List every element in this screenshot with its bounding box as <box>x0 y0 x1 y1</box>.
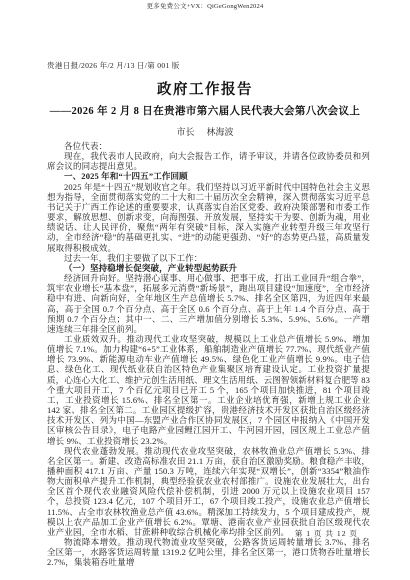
paragraph-overview: 2025 年是“十四五”规划收官之年。我们坚持以习近平新时代中国特色社会主义思想… <box>47 182 370 253</box>
document-body: 各位代表： 现在，我代表市人民政府，向大会报告工作，请予审议，并请各位政协委员和… <box>47 141 370 568</box>
paragraph-logistics: 物流降本增效。推动现代物流业攻坚突破，公路客货运周转量增长 3.7%、排名全区第… <box>47 537 370 567</box>
page-number: 第 1 页 共 12 页 <box>295 528 358 539</box>
paragraph-industry: 工业质效双升。推动现代工业攻坚突破，规模以上工业总产值增长 5.9%、增加值增长… <box>47 334 370 446</box>
document-title: 政府工作报告 <box>0 78 410 99</box>
paragraph-lead-in: 过去一年，我们主要做了以下工作： <box>47 253 370 263</box>
document-subtitle: ——2026 年 2 月 8 日在贵港市第六届人民代表大会第八次会议上 <box>0 103 410 118</box>
author-role: 市长 <box>176 127 194 137</box>
publication-info: 贵港日报/2026 年/2 月/13 日/第 001 版 <box>47 60 180 71</box>
paragraph-economy: 经济回升向好。坚持潜心谋事、用心做事、把事干成，打出工业回升“组合拳”，筑牢农业… <box>47 273 370 334</box>
document-page: 更多免费公文+VX：QiGeGongWen2024 贵港日报/2026 年/2 … <box>0 0 410 580</box>
author-line: 市长林海波 <box>0 125 410 138</box>
watermark-text: 更多免费公文+VX：QiGeGongWen2024 <box>0 1 410 10</box>
paragraph-agriculture: 现代农业蓬勃发展。推动现代农业攻坚突破，农林牧渔业总产值增长 5.3%、排名全区… <box>47 446 370 537</box>
paragraph-intro: 现在，我代表市人民政府，向大会报告工作，请予审议，并请各位政协委员和列席会议的同… <box>47 151 370 171</box>
salutation: 各位代表： <box>47 141 370 151</box>
author-name: 林海波 <box>207 127 234 137</box>
section-heading-review: 一、2025 年和“十四五”工作回顾 <box>47 171 370 181</box>
subsection-heading-growth: （一）坚持稳增长促突破，产业转型起势跃升 <box>47 263 370 273</box>
